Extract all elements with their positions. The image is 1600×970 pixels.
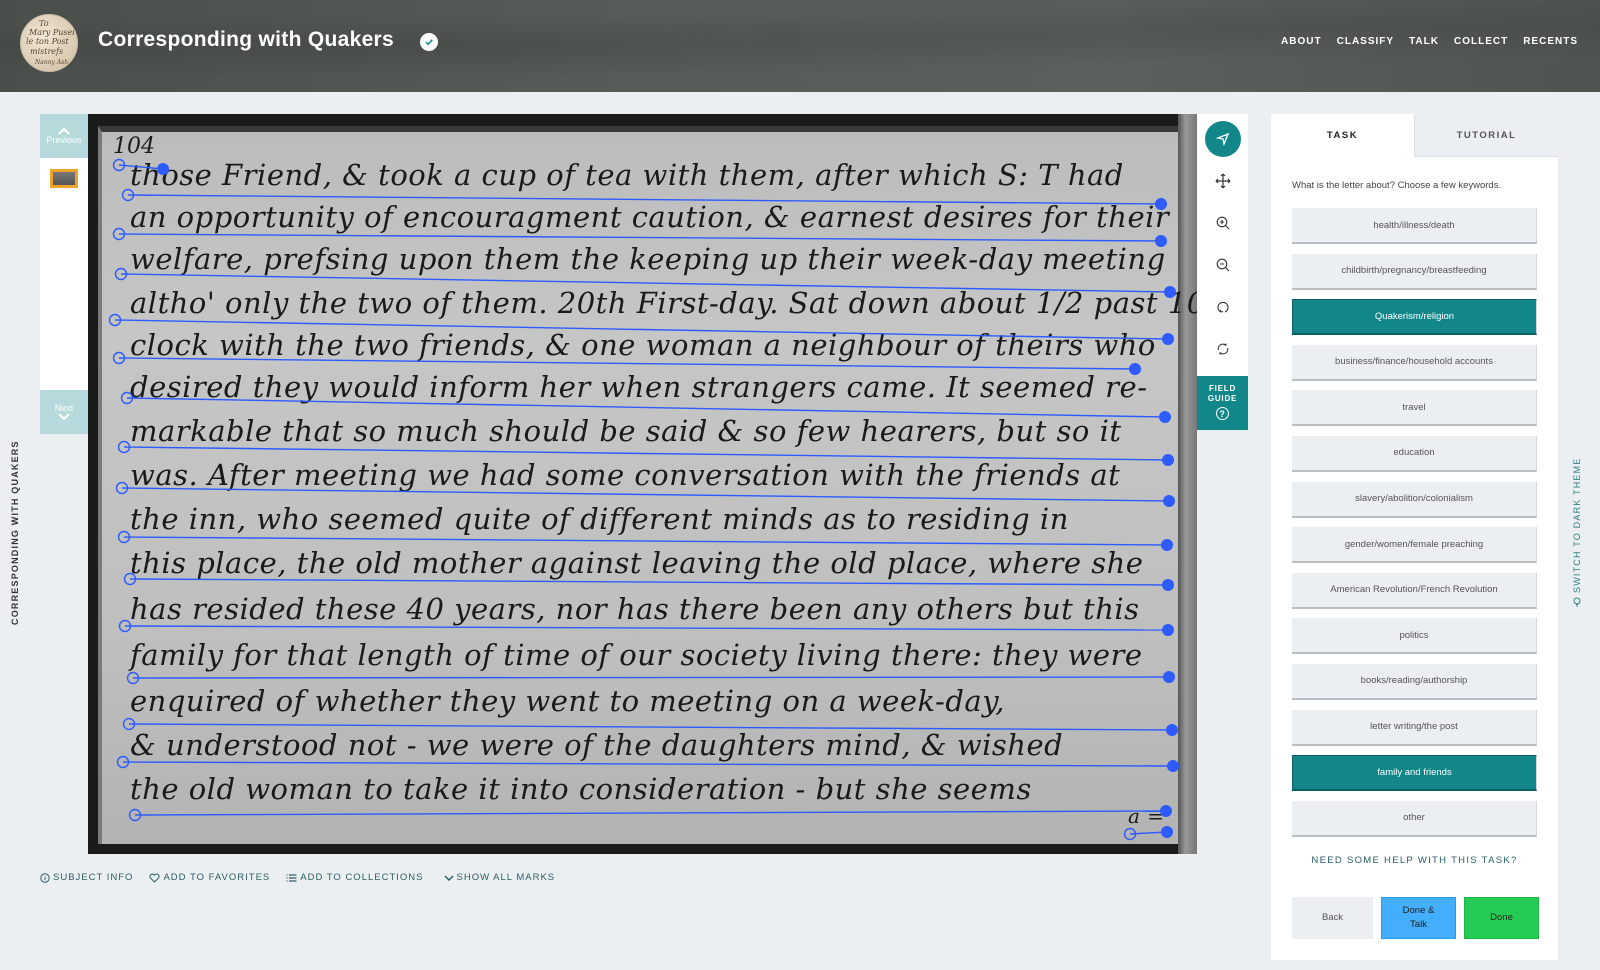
nav-classify[interactable]: CLASSIFY	[1337, 36, 1394, 47]
task-question: What is the letter about? Choose a few k…	[1292, 180, 1501, 191]
avatar-text: mistrefs	[30, 47, 63, 56]
subject-info-label: SUBJECT INFO	[53, 872, 133, 883]
move-icon	[1215, 173, 1231, 189]
reset-view-button[interactable]	[1197, 329, 1248, 369]
answer-option[interactable]: letter writing/the post	[1292, 710, 1537, 746]
task-help-link[interactable]: NEED SOME HELP WITH THIS TASK?	[1271, 855, 1558, 866]
zoom-in-icon	[1215, 215, 1231, 231]
answer-option[interactable]: business/finance/household accounts	[1292, 345, 1537, 381]
project-header: To Mary Pusel le ton Post mistrefs Nanny…	[0, 0, 1600, 92]
show-all-marks-label: SHOW ALL MARKS	[457, 872, 556, 883]
nav-collect[interactable]: COLLECT	[1454, 36, 1508, 47]
subject-meta-links: SUBJECT INFO ADD TO FAVORITES ADD TO COL…	[40, 872, 555, 883]
answer-option[interactable]: education	[1292, 436, 1537, 472]
answer-option[interactable]: slavery/abolition/colonialism	[1292, 482, 1537, 518]
task-panel: TASK TUTORIAL What is the letter about? …	[1271, 114, 1558, 960]
info-icon	[40, 873, 50, 883]
reset-icon	[1215, 341, 1231, 357]
avatar-text: To	[39, 19, 49, 28]
show-all-marks-link[interactable]: SHOW ALL MARKS	[444, 872, 556, 883]
done-button[interactable]: Done	[1464, 897, 1539, 939]
answer-option-selected[interactable]: family and friends	[1292, 755, 1537, 791]
previous-label: Previous	[46, 135, 81, 145]
project-nav: ABOUT CLASSIFY TALK COLLECT RECENTS	[1281, 36, 1578, 47]
done-and-talk-button[interactable]: Done & Talk	[1381, 897, 1456, 939]
next-label: Next	[55, 403, 74, 413]
project-avatar[interactable]: To Mary Pusel le ton Post mistrefs Nanny…	[20, 14, 78, 72]
answer-option[interactable]: politics	[1292, 618, 1537, 654]
chevron-down-icon	[58, 413, 70, 421]
add-to-favorites-label: ADD TO FAVORITES	[163, 872, 270, 883]
avatar-text: le ton Post	[26, 37, 69, 46]
answer-list: health/illness/death childbirth/pregnanc…	[1292, 208, 1537, 846]
verified-badge-icon	[420, 33, 438, 51]
field-guide-label: FIELD GUIDE	[1205, 384, 1241, 404]
chevron-up-icon	[58, 127, 70, 135]
answer-option[interactable]: health/illness/death	[1292, 208, 1537, 244]
move-tool-button[interactable]	[1197, 161, 1248, 201]
task-tabs: TASK TUTORIAL	[1271, 114, 1558, 157]
line-marks-overlay[interactable]	[88, 114, 1197, 854]
zoom-in-button[interactable]	[1197, 203, 1248, 243]
nav-recents[interactable]: RECENTS	[1523, 36, 1578, 47]
answer-option[interactable]: books/reading/authorship	[1292, 664, 1537, 700]
task-buttons: Back Done & Talk Done	[1292, 897, 1539, 939]
answer-option[interactable]: American Revolution/French Revolution	[1292, 573, 1537, 609]
image-toolbar: FIELD GUIDE ?	[1197, 114, 1248, 430]
project-title[interactable]: Corresponding with Quakers	[98, 28, 394, 52]
tab-task[interactable]: TASK	[1271, 114, 1414, 157]
answer-option[interactable]: gender/women/female preaching	[1292, 527, 1537, 563]
previous-subject-button[interactable]: Previous	[40, 114, 88, 158]
subject-navigator: Previous Next	[40, 114, 88, 434]
avatar-text: Nanny Ash	[35, 58, 68, 67]
field-guide-button[interactable]: FIELD GUIDE ?	[1197, 376, 1248, 430]
pointer-icon	[1215, 131, 1231, 147]
help-circle-icon: ?	[1216, 407, 1229, 420]
subject-info-link[interactable]: SUBJECT INFO	[40, 872, 133, 883]
nav-about[interactable]: ABOUT	[1281, 36, 1322, 47]
lightbulb-icon	[1572, 597, 1582, 607]
annotate-tool-button[interactable]	[1197, 119, 1248, 159]
list-icon	[286, 873, 297, 883]
workflow-side-label: CORRESPONDING WITH QUAKERS	[10, 440, 20, 625]
answer-option-selected[interactable]: Quakerism/religion	[1292, 299, 1537, 335]
back-button[interactable]: Back	[1292, 897, 1373, 939]
dark-theme-label: SWITCH TO DARK THEME	[1572, 457, 1582, 593]
add-to-collections-label: ADD TO COLLECTIONS	[300, 872, 423, 883]
next-subject-button[interactable]: Next	[40, 390, 88, 434]
answer-option[interactable]: childbirth/pregnancy/breastfeeding	[1292, 254, 1537, 290]
answer-option[interactable]: other	[1292, 801, 1537, 837]
add-to-collections-link[interactable]: ADD TO COLLECTIONS	[286, 872, 423, 883]
nav-talk[interactable]: TALK	[1409, 36, 1439, 47]
zoom-out-icon	[1215, 257, 1231, 273]
done-and-talk-label: Done & Talk	[1399, 904, 1439, 932]
answer-option[interactable]: travel	[1292, 390, 1537, 426]
rotate-button[interactable]	[1197, 287, 1248, 327]
subject-thumbnail[interactable]	[50, 169, 78, 188]
dark-theme-toggle[interactable]: SWITCH TO DARK THEME	[1572, 457, 1582, 607]
heart-icon	[149, 873, 160, 883]
avatar-text: Mary Pusel	[29, 28, 75, 37]
zoom-out-button[interactable]	[1197, 245, 1248, 285]
rotate-icon	[1215, 299, 1231, 315]
tab-tutorial[interactable]: TUTORIAL	[1414, 114, 1558, 157]
subject-image-viewer[interactable]: 104 those Friend, & took a cup of tea wi…	[88, 114, 1197, 854]
chevron-down-icon	[444, 874, 454, 882]
add-to-favorites-link[interactable]: ADD TO FAVORITES	[149, 872, 270, 883]
